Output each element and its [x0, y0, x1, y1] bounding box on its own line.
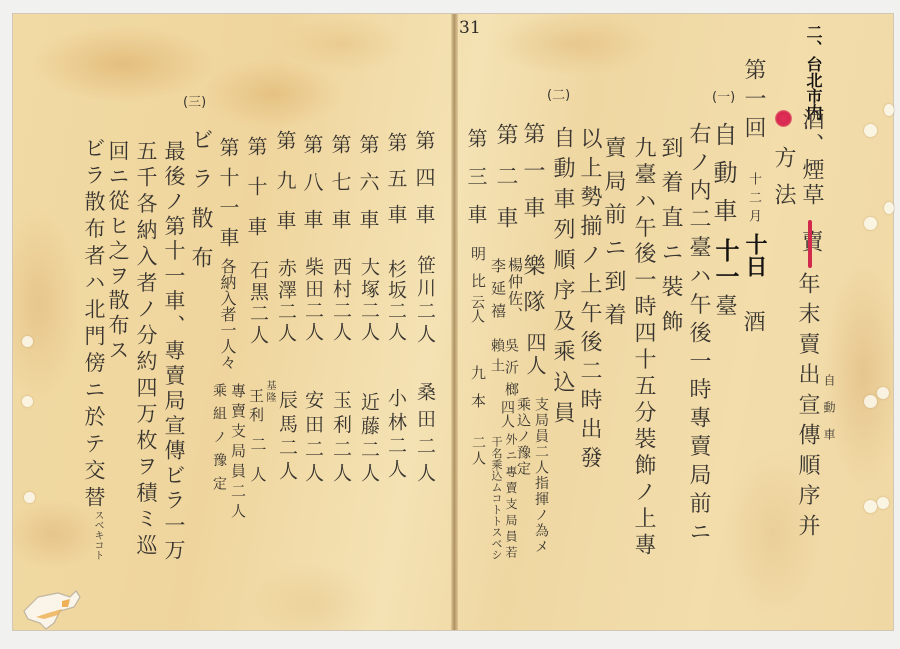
car-name: 李延禧	[490, 258, 505, 318]
method-heading: 方法	[772, 146, 794, 205]
vehicles-unit: 臺	[713, 294, 735, 324]
car-entry: 柴田二人	[303, 257, 322, 341]
car-name: 九本	[470, 365, 485, 408]
car-label: 第六車	[358, 134, 378, 229]
red-seal-stamp-icon	[775, 110, 792, 127]
round-label: 第一回	[742, 58, 764, 138]
car-name: 賴土	[490, 338, 504, 372]
car-label: 第三車	[466, 128, 486, 224]
car-entry-note: 基隆	[264, 380, 274, 402]
edge-hole	[22, 396, 33, 407]
section-1-line: 以上勢揃ノ上午後二時出發	[578, 127, 600, 468]
edge-hole	[877, 497, 889, 509]
center-fold	[451, 14, 458, 630]
edge-hole	[864, 124, 877, 137]
car-entry: 近藤二人	[359, 392, 378, 482]
section-3-heading: ビラ散布	[189, 128, 211, 268]
section-3-marker: (三)	[183, 96, 206, 109]
section-1-marker: (一)	[712, 91, 735, 104]
red-strikethrough	[808, 220, 812, 268]
car-name: 吳沂榔	[504, 338, 518, 396]
car-entry: 辰馬二人	[277, 390, 296, 480]
car-entry: 杉坂二人	[386, 259, 405, 341]
section-1-line: 右ノ内二臺ハ午後一時專賣局前ニ	[687, 122, 709, 542]
date-day: 十日	[743, 233, 765, 274]
car-note: 乘込ノ豫定	[516, 397, 530, 475]
car-entry-name: 王利	[248, 388, 263, 422]
car-name: 楊仲佐、	[507, 257, 522, 322]
edge-hole	[884, 104, 894, 116]
car-entry: 石黒二人	[248, 260, 267, 344]
car-label: 第五車	[386, 132, 406, 224]
car-note: 外ニ專賣支局員若	[505, 433, 517, 558]
car-count: 四人	[525, 332, 545, 375]
page-number: 31	[459, 18, 481, 38]
car-count: 二人	[471, 435, 485, 465]
car-note: 干名乘込ムコトトスベシ	[491, 436, 502, 560]
car-label: 第九車	[275, 130, 295, 230]
car-entry: 赤澤二人	[276, 258, 295, 342]
date-month: 十二月	[747, 172, 760, 222]
car-entry: 小林二人	[386, 388, 405, 478]
edge-hole	[877, 387, 889, 399]
section-3-line: 最後ノ第十一車、專賣局宣傳ビラ一万	[163, 140, 184, 560]
edge-hole	[864, 500, 877, 513]
item-label: 酒	[741, 310, 763, 336]
car-entry: 各納入者一人々	[219, 258, 235, 364]
section-3-line-suffix: スベキコト	[92, 510, 102, 558]
car-entry: 專賣支局員二人	[230, 383, 245, 518]
title-main-b: 年末賣出宣傳順序并	[796, 272, 818, 536]
car-label: 第十一車	[218, 137, 238, 247]
title-insertion: 自動車	[823, 374, 835, 440]
title-main-a: 酒、煙草	[800, 108, 822, 205]
section-3-line: ビラ散布者ハ北門傍ニ於テ交替	[83, 137, 104, 507]
car-name: 明比	[470, 246, 485, 288]
car-passengers: 樂隊	[521, 254, 543, 312]
section-1-line: 賣局前ニ到着	[602, 136, 624, 325]
edge-hole	[864, 217, 877, 230]
section-2-marker: (二)	[547, 89, 570, 102]
vehicles-label: 自動車	[711, 122, 735, 222]
car-label: 第八車	[302, 134, 322, 229]
edge-hole	[24, 492, 35, 503]
section-3-line: 五千各納入者ノ分約四万枚ヲ積ミ巡	[135, 140, 156, 555]
car-entry: 玉利二人	[331, 390, 350, 482]
car-entry: 西村二人	[331, 257, 350, 341]
car-entry: 大塚二人	[359, 257, 378, 341]
archive-logo-icon	[18, 583, 82, 633]
car-label: 第七車	[330, 134, 350, 229]
edge-hole	[22, 336, 33, 347]
car-count: 四人	[500, 400, 514, 428]
car-label: 第十車	[246, 136, 266, 236]
car-entry: 安田二人	[303, 390, 322, 482]
edge-hole	[864, 395, 877, 408]
car-label: 第四車	[414, 130, 434, 224]
car-entry: 乘組ノ豫定	[212, 383, 226, 490]
section-1-line: 九臺ハ午後一時四十五分裝飾ノ上專	[632, 136, 654, 555]
car-entry: 笹川二人	[415, 255, 434, 343]
car-label: 第一車	[521, 122, 543, 218]
title-prefix: 二、台北市内	[805, 24, 821, 118]
edge-hole	[884, 202, 894, 214]
car-entry-count: 二人	[249, 436, 265, 482]
vehicles-count: 十一	[713, 238, 737, 288]
car-name: 云人	[470, 295, 484, 320]
car-note: 支局員二人指揮ノ為メ	[534, 397, 548, 553]
section-1-line: 到着直ニ裝飾	[659, 136, 681, 332]
section-3-line: 回ニ從ヒ之ヲ散布ス	[107, 140, 128, 360]
section-2-heading: 自動車列順序及乘込員	[551, 126, 573, 423]
car-entry: 桑田二人	[415, 382, 434, 482]
car-label: 第二車	[494, 123, 516, 228]
